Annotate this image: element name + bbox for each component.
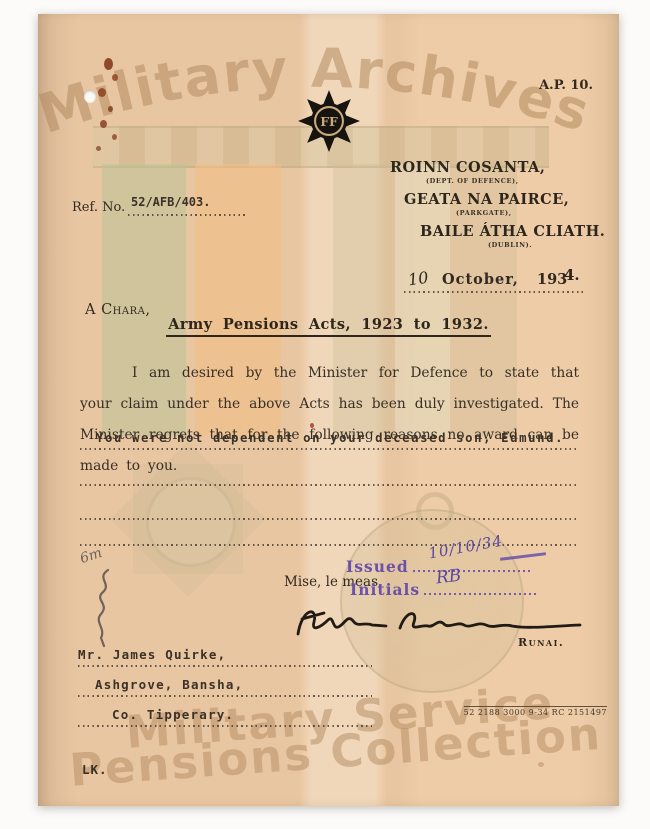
letterhead-dept-irish: ROINN COSANTA, — [390, 160, 619, 176]
letterhead-row-dublin: BAILE ÁTHA CLIATH. (DUBLIN). — [390, 224, 619, 251]
rust-stain — [96, 146, 101, 151]
issued-stamp-label: Issued — [346, 557, 409, 576]
rust-stain — [100, 120, 107, 128]
initials-handwritten: RB — [435, 566, 463, 589]
date-day-handwritten: 10 — [407, 268, 430, 290]
subject-line-wrap: Army Pensions Acts, 1923 to 1932. — [38, 314, 619, 337]
rust-stain — [98, 88, 106, 97]
date-year-typed: 4. — [564, 266, 580, 284]
pencil-annotation: 6m — [78, 545, 104, 567]
recipient-dotted-line-2 — [78, 695, 372, 697]
body-paragraph: I am desired by the Minister for Defence… — [80, 358, 579, 482]
letterhead-parkgate-english: (PARKGATE), — [390, 208, 619, 219]
letterhead: ROINN COSANTA, (DEPT. OF DEFENCE), GEATA… — [390, 160, 619, 256]
letterhead-row-parkgate: GEATA NA PAIRCE, (PARKGATE), — [390, 192, 619, 219]
ref-no-dotted-line — [128, 214, 248, 216]
initials-stamp-label: Initials — [350, 580, 420, 599]
form-code: A.P. 10. — [539, 78, 593, 93]
recipient-county: Co. Tipperary. — [112, 707, 234, 722]
recipient-address: Ashgrove, Bansha, — [95, 677, 243, 692]
recipient-name: Mr. James Quirke, — [78, 647, 226, 662]
letterhead-dublin-irish: BAILE ÁTHA CLIATH. — [390, 224, 619, 240]
ref-no-label: Ref. No. — [72, 200, 125, 215]
date-dotted-line — [404, 291, 584, 293]
rust-stain — [108, 106, 113, 112]
printer-code: 52 2188 3000 9-34 RC 2151497 — [464, 706, 607, 717]
fox-spot — [538, 762, 544, 767]
recipient-dotted-line-1 — [78, 665, 372, 667]
punch-hole — [84, 90, 96, 103]
blank-dotted-line-1 — [80, 484, 579, 486]
letterhead-dublin-english: (DUBLIN). — [390, 240, 619, 251]
pencil-squiggle-mark — [90, 566, 124, 650]
left-medal-disc-watermark — [146, 477, 236, 567]
document-paper: Military Archives Military Service Pensi… — [38, 14, 619, 806]
letterhead-dept-english: (DEPT. OF DEFENCE), — [390, 176, 619, 187]
letterhead-parkgate-irish: GEATA NA PAIRCE, — [390, 192, 619, 208]
decision-dotted-line — [80, 448, 577, 450]
rust-stain — [112, 74, 118, 81]
rust-stain — [104, 58, 113, 70]
typist-initials: LK. — [82, 762, 108, 777]
recipient-dotted-line-3 — [78, 725, 372, 727]
blank-dotted-line-2 — [80, 518, 579, 520]
signature-role: Runai. — [518, 636, 564, 649]
decision-line: You were not dependent on your deceased … — [96, 431, 564, 445]
date-year-printed: 193 — [537, 271, 567, 288]
subject-line: Army Pensions Acts, 1923 to 1932. — [166, 316, 491, 337]
letterhead-row-dept: ROINN COSANTA, (DEPT. OF DEFENCE), — [390, 160, 619, 187]
ref-no-value: 52/AFB/403. — [131, 195, 210, 209]
seal-monogram: FF — [320, 114, 338, 129]
scanned-letter-page: Military Archives Military Service Pensi… — [0, 0, 650, 829]
defence-forces-seal-icon: FF — [296, 88, 362, 154]
blank-dotted-line-3 — [80, 544, 579, 546]
date-month: October, — [442, 271, 519, 288]
rust-stain — [112, 134, 117, 140]
